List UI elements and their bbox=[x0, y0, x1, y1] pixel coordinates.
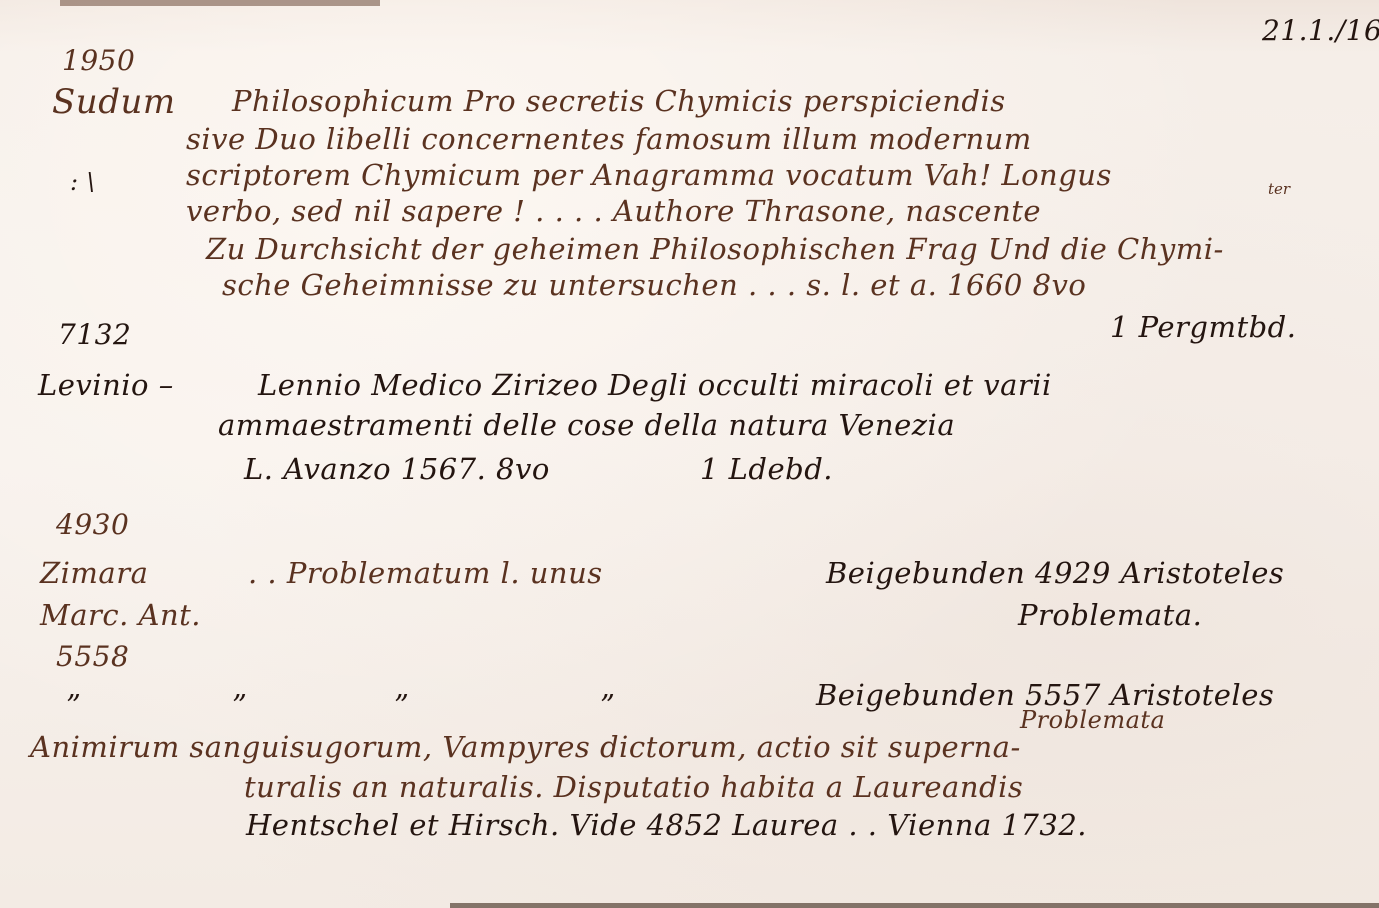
entry-line: scriptorem Chymicum per Anagramma vocatu… bbox=[186, 158, 1112, 192]
entry-line: Lennio Medico Zirizeo Degli occulti mira… bbox=[258, 368, 1052, 402]
entry-number: 5558 bbox=[56, 640, 129, 673]
ditto-mark: ” bbox=[232, 688, 247, 722]
entry-line: ammaestramenti delle cose della natura V… bbox=[218, 408, 955, 442]
entry-number: 7132 bbox=[58, 318, 131, 351]
entry-line: Hentschel et Hirsch. Vide 4852 Laurea . … bbox=[246, 808, 1087, 842]
volume-note: 1 Pergmtbd. bbox=[1110, 310, 1296, 344]
volume-note: 1 Ldebd. bbox=[700, 452, 833, 486]
entry-heading: Sudum bbox=[52, 82, 176, 122]
card-bottom-edge bbox=[450, 903, 1379, 908]
catalog-card: 21.1./16 1950 Sudum Philosophicum Pro se… bbox=[0, 0, 1379, 908]
entry-line: Problemata. bbox=[1018, 598, 1202, 632]
entry-line: turalis an naturalis. Disputatio habita … bbox=[244, 770, 1023, 804]
entry-heading: Levinio – bbox=[38, 368, 174, 402]
margin-mark: : \ bbox=[70, 168, 95, 196]
entry-subheading: Marc. Ant. bbox=[40, 598, 201, 632]
shelfmark: 21.1./16 bbox=[1262, 14, 1379, 47]
entry-line: Problemata bbox=[1020, 706, 1165, 734]
entry-line: Animirum sanguisugorum, Vampyres dictoru… bbox=[30, 730, 1021, 764]
ditto-mark: ” bbox=[66, 688, 81, 722]
card-top-edge bbox=[60, 0, 380, 6]
entry-line: verbo, sed nil sapere ! . . . . Authore … bbox=[186, 194, 1041, 228]
ditto-mark: ” bbox=[600, 688, 615, 722]
entry-heading: Zimara bbox=[40, 556, 148, 590]
ditto-mark: ” bbox=[394, 688, 409, 722]
superscript: ter bbox=[1268, 180, 1290, 198]
entry-line: Beigebunden 4929 Aristoteles bbox=[826, 556, 1284, 590]
entry-line: sive Duo libelli concernentes famosum il… bbox=[186, 122, 1032, 156]
entry-line: L. Avanzo 1567. 8vo bbox=[244, 452, 550, 486]
entry-line: Philosophicum Pro secretis Chymicis pers… bbox=[232, 84, 1006, 118]
entry-line: Zu Durchsicht der geheimen Philosophisch… bbox=[206, 232, 1224, 266]
entry-number: 1950 bbox=[62, 44, 135, 77]
entry-number: 4930 bbox=[56, 508, 129, 541]
entry-line: . . Problematum l. unus bbox=[248, 556, 603, 590]
entry-line: sche Geheimnisse zu untersuchen . . . s.… bbox=[222, 268, 1086, 302]
